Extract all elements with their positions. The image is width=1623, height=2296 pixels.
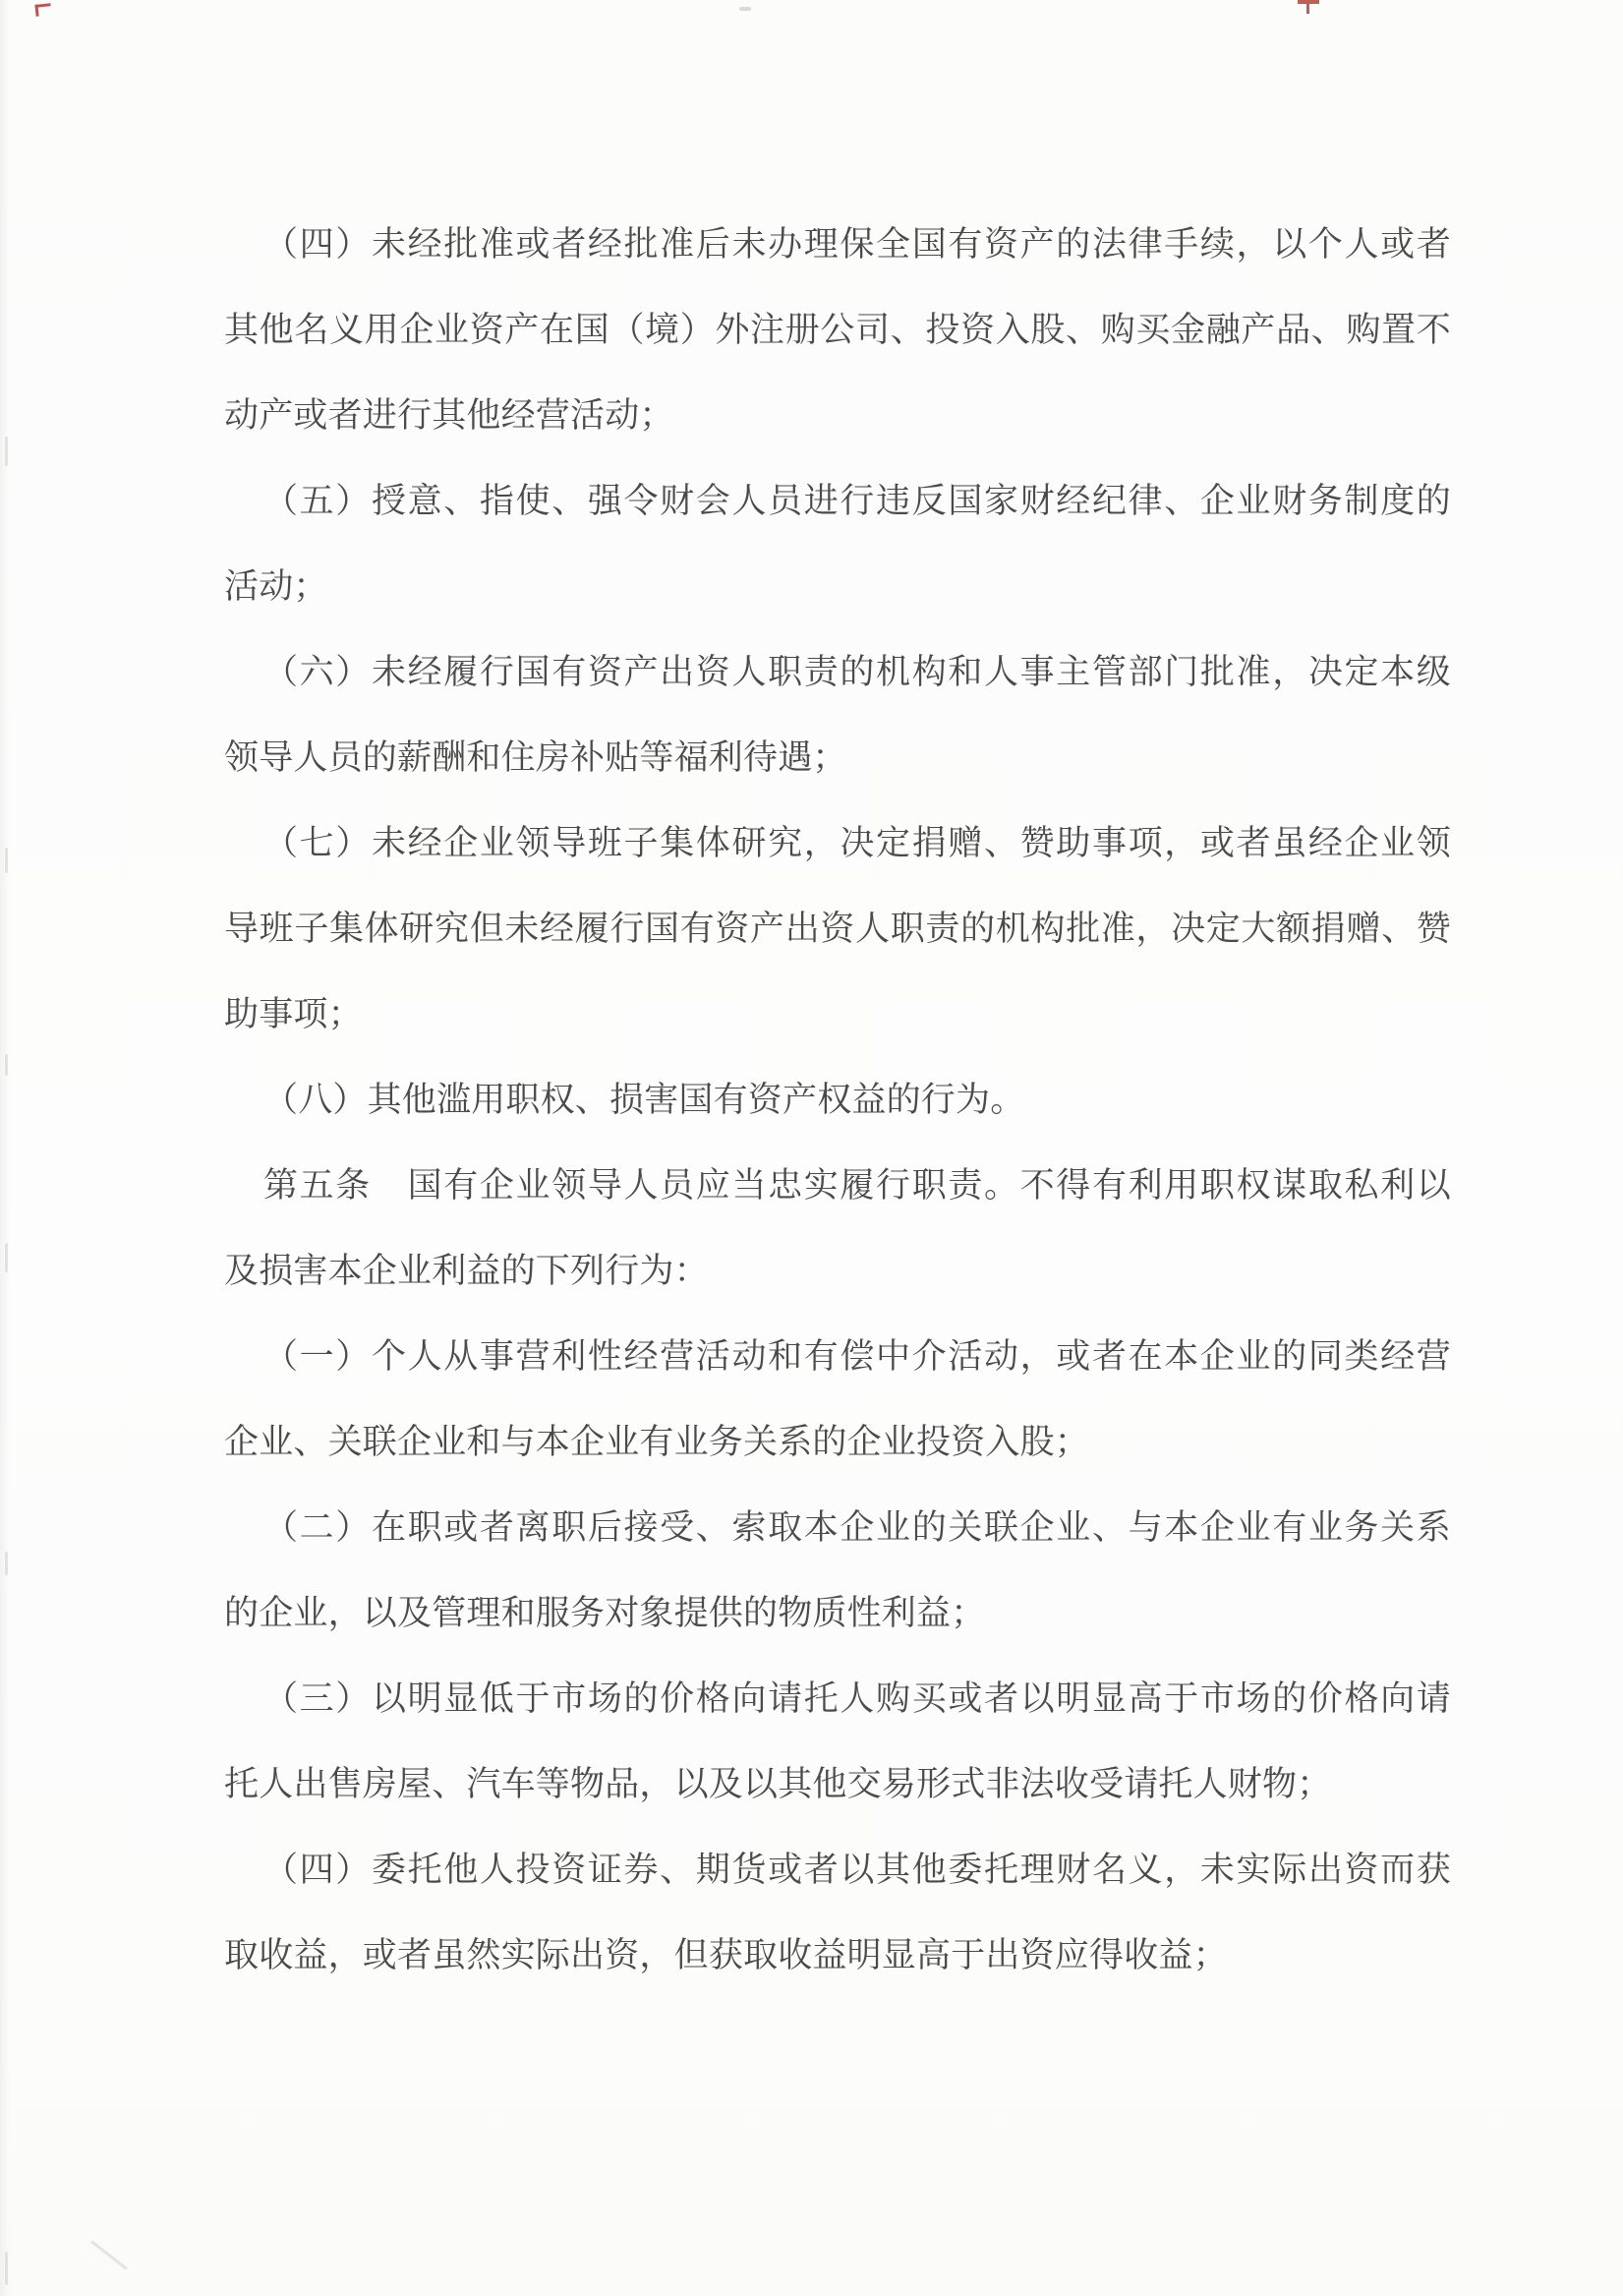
paragraph-line: 企业、关联企业和与本企业有业务关系的企业投资入股； — [224, 1399, 1451, 1485]
paragraph-line: （二）在职或者离职后接受、索取本企业的关联企业、与本企业有业务关系 — [224, 1485, 1451, 1570]
scan-artifact-bottom-smudge — [90, 2240, 128, 2270]
scan-artifact-gray-speck-top — [739, 7, 751, 11]
paragraph-line: 动产或者进行其他经营活动； — [224, 373, 1451, 458]
paragraph-line: （三）以明显低于市场的价格向请托人购买或者以明显高于市场的价格向请 — [224, 1656, 1451, 1741]
paragraph-line: 领导人员的薪酬和住房补贴等福利待遇； — [224, 715, 1451, 800]
paragraph-line: 及损害本企业利益的下列行为： — [224, 1228, 1451, 1314]
paragraph-line: （一）个人从事营利性经营活动和有偿中介活动，或者在本企业的同类经营 — [224, 1314, 1451, 1399]
paragraph-line: 取收益，或者虽然实际出资，但获取收益明显高于出资应得收益； — [224, 1913, 1451, 1998]
paragraph-line: 导班子集体研究但未经履行国有资产出资人职责的机构批准，决定大额捐赠、赞 — [224, 886, 1451, 971]
document-body: （四）未经批准或者经批准后未办理保全国有资产的法律手续，以个人或者 其他名义用企… — [224, 202, 1451, 1998]
scan-artifact-left-edge-dash — [5, 2252, 8, 2285]
scan-artifact-left-edge-dash — [5, 1054, 8, 1076]
paragraph-line: （八）其他滥用职权、损害国有资产权益的行为。 — [224, 1057, 1451, 1143]
article-5-heading-line: 第五条 国有企业领导人员应当忠实履行职责。不得有利用职权谋取私利以 — [224, 1143, 1451, 1228]
paragraph-line: （七）未经企业领导班子集体研究，决定捐赠、赞助事项，或者虽经企业领 — [224, 800, 1451, 886]
scan-artifact-left-edge-dash — [5, 1552, 8, 1575]
paragraph-line: 助事项； — [224, 971, 1451, 1057]
scan-artifact-left-edge-dash — [5, 1243, 8, 1272]
paragraph-line: （四）未经批准或者经批准后未办理保全国有资产的法律手续，以个人或者 — [224, 202, 1451, 287]
paragraph-line: 其他名义用企业资产在国（境）外注册公司、投资入股、购买金融产品、购置不 — [224, 287, 1451, 373]
scan-artifact-red-mark-top-right — [1298, 0, 1319, 4]
paragraph-line: （四）委托他人投资证券、期货或者以其他委托理财名义，未实际出资而获 — [224, 1827, 1451, 1913]
document-page: （四）未经批准或者经批准后未办理保全国有资产的法律手续，以个人或者 其他名义用企… — [0, 0, 1623, 2296]
paragraph-line: 的企业，以及管理和服务对象提供的物质性利益； — [224, 1570, 1451, 1656]
paragraph-line: 活动； — [224, 544, 1451, 629]
paragraph-line: （六）未经履行国有资产出资人职责的机构和人事主管部门批准，决定本级 — [224, 629, 1451, 715]
scan-artifact-left-edge-dash — [5, 437, 8, 466]
paragraph-line: 托人出售房屋、汽车等物品，以及以其他交易形式非法收受请托人财物； — [224, 1741, 1451, 1827]
scan-artifact-left-edge-dash — [5, 848, 8, 873]
paragraph-line: （五）授意、指使、强令财会人员进行违反国家财经纪律、企业财务制度的 — [224, 458, 1451, 544]
scan-artifact-red-mark-top-left — [34, 3, 51, 17]
